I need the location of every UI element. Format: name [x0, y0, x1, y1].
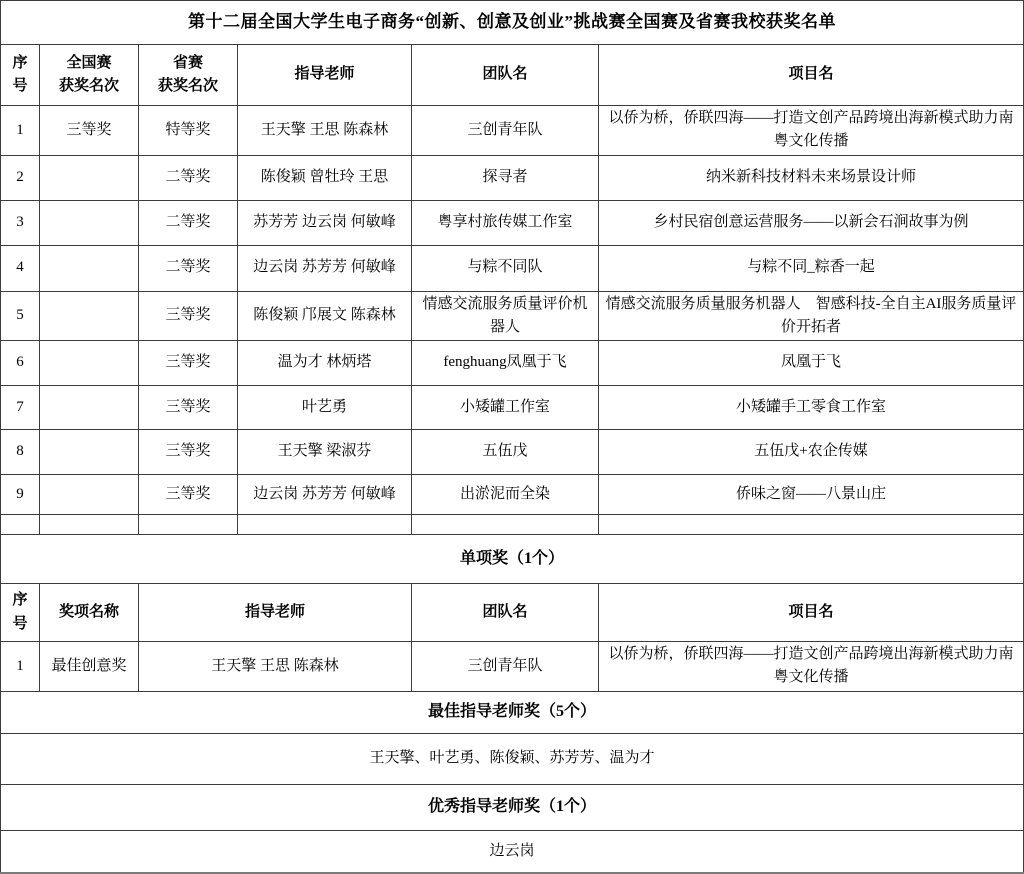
cell-team: 粤享村旅传媒工作室	[412, 200, 599, 245]
header-team: 团队名	[412, 45, 599, 106]
cell-teachers: 边云岗 苏芳芳 何敏峰	[238, 245, 412, 291]
empty-cell	[139, 515, 238, 535]
cell-team: fenghuang凤凰于飞	[412, 341, 599, 386]
header-project: 项目名	[599, 584, 1024, 642]
table-row: 7 三等奖 叶艺勇 小矮罐工作室 小矮罐手工零食工作室	[1, 386, 1024, 430]
cell-teachers: 陈俊颖 曾牡玲 王思	[238, 155, 412, 200]
cell-team: 探寻者	[412, 155, 599, 200]
cell-team: 三创青年队	[412, 106, 599, 156]
cell-provincial-rank: 三等奖	[139, 341, 238, 386]
header-award-name: 奖项名称	[40, 584, 139, 642]
cell-award-name: 最佳创意奖	[40, 642, 139, 692]
cell-project: 以侨为桥，侨联四海——打造文创产品跨境出海新模式助力南粤文化传播	[599, 106, 1024, 156]
table-row: 4 二等奖 边云岗 苏芳芳 何敏峰 与粽不同队 与粽不同_粽香一起	[1, 245, 1024, 291]
single-award-header-row: 序 号 奖项名称 指导老师 团队名 项目名	[1, 584, 1024, 642]
single-award-row: 1 最佳创意奖 王天擎 王思 陈森林 三创青年队 以侨为桥，侨联四海——打造文创…	[1, 642, 1024, 692]
cell-project: 小矮罐手工零食工作室	[599, 386, 1024, 430]
cell-national-rank	[40, 200, 139, 245]
single-award-section-title: 单项奖（1个）	[1, 535, 1024, 584]
cell-national-rank	[40, 386, 139, 430]
header-national-rank: 全国赛 获奖名次	[40, 45, 139, 106]
header-no: 序 号	[1, 584, 40, 642]
cell-team: 小矮罐工作室	[412, 386, 599, 430]
best-advisor-section-title: 最佳指导老师奖（5个）	[1, 691, 1024, 733]
cell-provincial-rank: 二等奖	[139, 155, 238, 200]
cell-project: 侨味之窗——八景山庄	[599, 475, 1024, 515]
cell-no: 2	[1, 155, 40, 200]
best-advisor-names: 王天擎、叶艺勇、陈俊颖、苏芳芳、温为才	[1, 733, 1024, 784]
cell-provincial-rank: 三等奖	[139, 430, 238, 475]
empty-cell	[40, 515, 139, 535]
excellent-advisor-section-title: 优秀指导老师奖（1个）	[1, 784, 1024, 830]
cell-national-rank: 三等奖	[40, 106, 139, 156]
table-row: 2 二等奖 陈俊颖 曾牡玲 王思 探寻者 纳米新科技材料未来场景设计师	[1, 155, 1024, 200]
empty-row	[1, 515, 1024, 535]
page-title: 第十二届全国大学生电子商务“创新、创意及创业”挑战赛全国赛及省赛我校获奖名单	[1, 1, 1024, 45]
cell-no: 5	[1, 291, 40, 341]
cell-provincial-rank: 特等奖	[139, 106, 238, 156]
table-row: 6 三等奖 温为才 林炳塔 fenghuang凤凰于飞 凤凰于飞	[1, 341, 1024, 386]
header-no: 序 号	[1, 45, 40, 106]
table-row: 1 三等奖 特等奖 王天擎 王思 陈森林 三创青年队 以侨为桥，侨联四海——打造…	[1, 106, 1024, 156]
cell-teachers: 王天擎 王思 陈森林	[238, 106, 412, 156]
cell-national-rank	[40, 341, 139, 386]
cell-team: 与粽不同队	[412, 245, 599, 291]
title-row: 第十二届全国大学生电子商务“创新、创意及创业”挑战赛全国赛及省赛我校获奖名单	[1, 1, 1024, 45]
header-teachers: 指导老师	[238, 45, 412, 106]
cell-teachers: 苏芳芳 边云岗 何敏峰	[238, 200, 412, 245]
cell-teachers: 叶艺勇	[238, 386, 412, 430]
cell-no: 6	[1, 341, 40, 386]
table-row: 5 三等奖 陈俊颖 邝展文 陈森林 情感交流服务质量评价机器人 情感交流服务质量…	[1, 291, 1024, 341]
excellent-advisor-names-row: 边云岗	[1, 830, 1024, 873]
cell-team: 出淤泥而全染	[412, 475, 599, 515]
cell-no: 4	[1, 245, 40, 291]
table-row: 8 三等奖 王天擎 梁淑芬 五伍戊 五伍戊+农企传媒	[1, 430, 1024, 475]
cell-provincial-rank: 二等奖	[139, 200, 238, 245]
cell-no: 9	[1, 475, 40, 515]
cell-team: 五伍戊	[412, 430, 599, 475]
cell-provincial-rank: 三等奖	[139, 291, 238, 341]
cell-project: 五伍戊+农企传媒	[599, 430, 1024, 475]
header-project: 项目名	[599, 45, 1024, 106]
empty-cell	[412, 515, 599, 535]
cell-project: 以侨为桥，侨联四海——打造文创产品跨境出海新模式助力南粤文化传播	[599, 642, 1024, 692]
excellent-advisor-section-row: 优秀指导老师奖（1个）	[1, 784, 1024, 830]
cell-no: 7	[1, 386, 40, 430]
cell-provincial-rank: 三等奖	[139, 386, 238, 430]
cell-project: 与粽不同_粽香一起	[599, 245, 1024, 291]
cell-teachers: 王天擎 梁淑芬	[238, 430, 412, 475]
cell-project: 凤凰于飞	[599, 341, 1024, 386]
cell-no: 1	[1, 106, 40, 156]
cell-no: 1	[1, 642, 40, 692]
cell-national-rank	[40, 155, 139, 200]
cell-team: 三创青年队	[412, 642, 599, 692]
cell-teachers: 陈俊颖 邝展文 陈森林	[238, 291, 412, 341]
empty-cell	[599, 515, 1024, 535]
main-table-header-row: 序 号 全国赛 获奖名次 省赛 获奖名次 指导老师 团队名 项目名	[1, 45, 1024, 106]
empty-cell	[238, 515, 412, 535]
cell-national-rank	[40, 430, 139, 475]
award-table: 第十二届全国大学生电子商务“创新、创意及创业”挑战赛全国赛及省赛我校获奖名单 序…	[0, 0, 1024, 874]
excellent-advisor-names: 边云岗	[1, 830, 1024, 873]
cell-project: 乡村民宿创意运营服务——以新会石涧故事为例	[599, 200, 1024, 245]
cell-team: 情感交流服务质量评价机器人	[412, 291, 599, 341]
cell-teachers: 温为才 林炳塔	[238, 341, 412, 386]
best-advisor-section-row: 最佳指导老师奖（5个）	[1, 691, 1024, 733]
single-award-section-row: 单项奖（1个）	[1, 535, 1024, 584]
cell-project: 纳米新科技材料未来场景设计师	[599, 155, 1024, 200]
header-team: 团队名	[412, 584, 599, 642]
cell-teachers: 边云岗 苏芳芳 何敏峰	[238, 475, 412, 515]
cell-national-rank	[40, 291, 139, 341]
cell-provincial-rank: 三等奖	[139, 475, 238, 515]
table-row: 9 三等奖 边云岗 苏芳芳 何敏峰 出淤泥而全染 侨味之窗——八景山庄	[1, 475, 1024, 515]
table-row: 3 二等奖 苏芳芳 边云岗 何敏峰 粤享村旅传媒工作室 乡村民宿创意运营服务——…	[1, 200, 1024, 245]
cell-no: 3	[1, 200, 40, 245]
header-teachers: 指导老师	[139, 584, 412, 642]
cell-project: 情感交流服务质量服务机器人 智感科技-全自主AI服务质量评价开拓者	[599, 291, 1024, 341]
award-list-sheet: 第十二届全国大学生电子商务“创新、创意及创业”挑战赛全国赛及省赛我校获奖名单 序…	[0, 0, 1024, 874]
header-provincial-rank: 省赛 获奖名次	[139, 45, 238, 106]
cell-national-rank	[40, 475, 139, 515]
best-advisor-names-row: 王天擎、叶艺勇、陈俊颖、苏芳芳、温为才	[1, 733, 1024, 784]
cell-provincial-rank: 二等奖	[139, 245, 238, 291]
empty-cell	[1, 515, 40, 535]
cell-no: 8	[1, 430, 40, 475]
cell-national-rank	[40, 245, 139, 291]
cell-teachers: 王天擎 王思 陈森林	[139, 642, 412, 692]
